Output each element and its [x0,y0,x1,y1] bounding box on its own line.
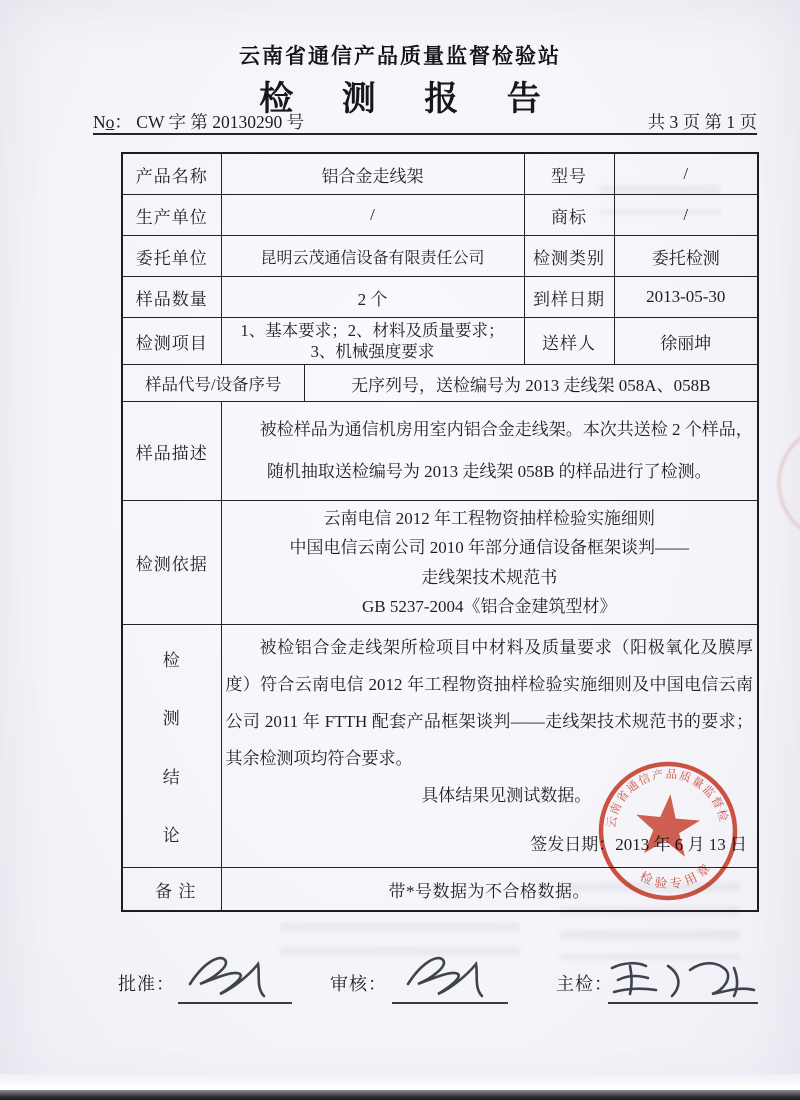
field-label: 检测类别 [524,236,614,277]
inspector-label: 主检： [556,970,613,996]
field-value: 2 个 [221,277,524,318]
scanner-dark-strip [0,1090,800,1100]
field-label: 样品数量 [122,277,221,318]
field-value: / [614,195,758,236]
field-value: / [614,153,758,195]
signature-row: 批准： 审核： 主检： [0,960,800,1030]
table-row: 样品描述 被检样品为通信机房用室内铝合金走线架。本次共送检 2 个样品，随机抽取… [122,402,758,501]
no-label: No： [93,112,132,132]
seal-ring-text: 云南省通信产品质量监督检验站 [583,746,731,829]
field-label: 生产单位 [122,195,221,236]
scanned-report-page: 云南省通信产品质量监督检验站 检 测 报 告 No： CW 字 第 201302… [0,0,800,1100]
test-items-line: 1、基本要求；2、材料及质量要求； [226,320,520,341]
approve-underline [178,1002,292,1004]
official-seal-stamp: 云南省通信产品质量监督检验站 检验专用章 [583,746,753,916]
field-label: 型号 [524,153,614,195]
field-label: 检测依据 [122,501,221,625]
test-basis-line: 走线架技术规范书 [226,563,754,593]
field-value: 徐丽坤 [614,318,758,365]
field-label: 商标 [524,195,614,236]
field-value: 2013-05-30 [614,277,758,318]
table-row: 生产单位 / 商标 / [122,195,758,236]
report-number-value: CW 字 第 20130290 号 [136,112,304,132]
report-number: No： CW 字 第 20130290 号 [93,109,304,134]
review-label: 审核： [330,970,387,996]
faint-stamp-bleed [742,408,800,558]
table-row: 产品名称 铝合金走线架 型号 / [122,153,758,195]
field-label: 样品描述 [122,402,221,501]
conclusion-label-char: 结 [163,763,181,788]
field-label: 送样人 [524,318,614,365]
table-row: 检测依据 云南电信 2012 年工程物资抽样检验实施细则 中国电信云南公司 20… [122,501,758,625]
test-items: 1、基本要求；2、材料及质量要求； 3、机械强度要求 [221,318,524,365]
review-underline [392,1002,508,1004]
conclusion-label: 检 测 结 论 [122,625,221,868]
header-rule [93,133,757,135]
field-value: 委托检测 [614,236,758,277]
approve-label: 批准： [118,970,175,996]
conclusion-label-char: 测 [163,704,181,729]
field-value: 铝合金走线架 [221,153,524,195]
table-row: 检测项目 1、基本要求；2、材料及质量要求； 3、机械强度要求 送样人 徐丽坤 [122,318,758,365]
inspector-underline [608,1002,758,1004]
field-value: / [221,195,524,236]
test-basis: 云南电信 2012 年工程物资抽样检验实施细则 中国电信云南公司 2010 年部… [221,501,758,625]
conclusion-label-char: 检 [163,646,181,671]
svg-text:云南省通信产品质量监督检验站: 云南省通信产品质量监督检验站 [583,746,731,829]
page-count: 共 3 页 第 1 页 [648,109,757,134]
field-label: 产品名称 [122,153,221,195]
table-row: 样品代号/设备序号 无序列号，送检编号为 2013 走线架 058A、058B [122,365,758,402]
conclusion-label-char: 论 [163,821,181,846]
field-label: 委托单位 [122,236,221,277]
approve-signature [176,944,296,1002]
field-value: 昆明云茂通信设备有限责任公司 [221,236,524,277]
sample-description: 被检样品为通信机房用室内铝合金走线架。本次共送检 2 个样品，随机抽取送检编号为… [221,402,758,501]
seal-star-icon [631,790,703,860]
field-label: 样品代号/设备序号 [122,365,304,402]
field-label: 检测项目 [122,318,221,365]
test-basis-line: 云南电信 2012 年工程物资抽样检验实施细则 [226,504,754,534]
report-number-row: No： CW 字 第 20130290 号 共 3 页 第 1 页 [93,109,757,134]
field-label: 到样日期 [524,277,614,318]
test-items-line: 3、机械强度要求 [226,341,520,362]
organization-name: 云南省通信产品质量监督检验站 [0,40,800,70]
inspector-signature [606,948,766,1006]
review-signature [392,942,512,1002]
field-label: 备 注 [122,868,221,912]
table-row: 委托单位 昆明云茂通信设备有限责任公司 检测类别 委托检测 [122,236,758,277]
table-row: 样品数量 2 个 到样日期 2013-05-30 [122,277,758,318]
test-basis-line: 中国电信云南公司 2010 年部分通信设备框架谈判—— [226,533,754,563]
test-basis-line: GB 5237-2004《铝合金建筑型材》 [226,592,754,622]
paper-bottom-edge [0,1074,800,1090]
field-value: 无序列号，送检编号为 2013 走线架 058A、058B [304,365,758,402]
